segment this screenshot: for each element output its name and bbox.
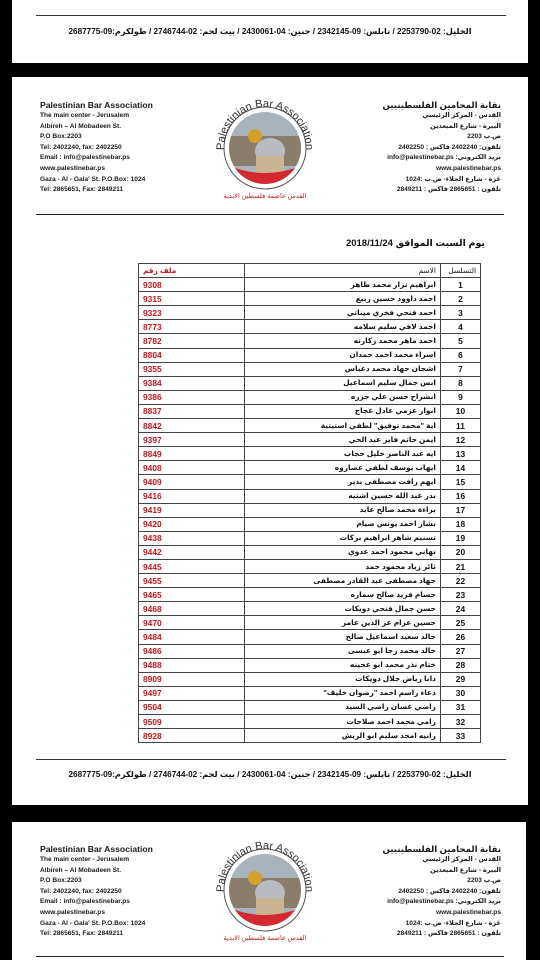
address-line: ص.ب 2203	[382, 132, 501, 143]
org-name-arabic: نقابة المحامين الفلسطينيين	[382, 843, 501, 855]
name-cell: حسن جمال فتحي دويكات	[245, 602, 441, 616]
table-row: 10انوار عزمي عادل عجاج8837	[139, 404, 481, 418]
header-name: الاسم	[245, 264, 441, 278]
name-cell: تهاني محمود احمد عدوي	[245, 545, 441, 559]
header-divider	[36, 956, 504, 957]
address-line: Gaza - Al - Gala' St. P.O.Box: 1024	[40, 175, 153, 186]
address-line: www.palestinebar.ps	[40, 164, 153, 175]
name-cell: بدر عبد الله حسين اشتيه	[245, 489, 441, 503]
file-number-cell: 9323	[139, 306, 245, 320]
file-number-cell: 9484	[139, 630, 245, 644]
serial-cell: 14	[440, 461, 480, 475]
address-line: القدس - المركز الرئيسي	[382, 855, 501, 866]
letterhead-arabic: نقابة المحامين الفلسطينيين القدس - المرك…	[382, 99, 501, 196]
serial-cell: 24	[440, 602, 480, 616]
table-row: 31راضي غسان راضي السيد9504	[139, 700, 481, 714]
logo-caption: القدس عاصمة فلسطين الابدية	[217, 192, 313, 200]
serial-cell: 25	[440, 616, 480, 630]
name-cell: رامي محمد احمد صلاحات	[245, 715, 441, 729]
letterhead-english: Palestinian Bar Association The main cen…	[40, 843, 153, 940]
address-line: Albireh – Al Mobadeen St.	[40, 122, 153, 133]
name-cell: حسام فريد صالح سماره	[245, 588, 441, 602]
file-number-cell: 8849	[139, 447, 245, 461]
address-line: غزة - شارع الجلاء- ص.ب :1024	[382, 175, 501, 186]
address-line: P.O Box:2203	[40, 876, 153, 887]
address-line: غزة - شارع الجلاء- ص.ب :1024	[382, 919, 501, 930]
address-line: www.palestinebar.ps	[382, 908, 501, 919]
address-line: Tel: 2865651, Fax: 2849211	[40, 185, 153, 196]
file-number-cell: 9409	[139, 475, 245, 489]
letterhead-english: Palestinian Bar Association The main cen…	[40, 99, 153, 196]
address-line: البيرة - شارع المبعدين	[382, 866, 501, 877]
address-line: The main center - Jerusalem	[40, 111, 153, 122]
address-line: Tel: 2402240, fax: 2402250	[40, 887, 153, 898]
address-line: بريد الكتروني: info@palestinebar.ps	[382, 153, 501, 164]
file-number-cell: 9509	[139, 715, 245, 729]
table-row: 21ثائر زياد محمود حمد9445	[139, 559, 481, 573]
file-number-cell: 8928	[139, 729, 245, 743]
table-row: 17براءة محمد صالح عابد9419	[139, 503, 481, 517]
address-line: بريد الكتروني: info@palestinebar.ps	[382, 897, 501, 908]
serial-cell: 11	[440, 419, 480, 433]
file-number-cell: 8782	[139, 334, 245, 348]
table-row: 15ايهم رافت مصطفى بدير9409	[139, 475, 481, 489]
name-cell: راضي غسان راضي السيد	[245, 700, 441, 714]
name-cell: بشار احمد يونس صيام	[245, 517, 441, 531]
attendees-table: التسلسل الاسم ملف رقم 1ابراهيم نزار محمد…	[138, 263, 481, 743]
table-row: 7اشجان جهاد محمد دعباس9355	[139, 362, 481, 376]
address-line: تلفون: 2402240 فاكس : 2402250	[382, 143, 501, 154]
file-number-cell: 9397	[139, 433, 245, 447]
name-cell: ختام نذر محمد ابو عجينه	[245, 658, 441, 672]
serial-cell: 19	[440, 531, 480, 545]
name-cell: انشراح حسن علي جزره	[245, 390, 441, 404]
file-number-cell: 9438	[139, 531, 245, 545]
next-page-header: Palestinian Bar Association The main cen…	[12, 822, 526, 960]
name-cell: احمد لافي سليم سلامه	[245, 320, 441, 334]
header-serial: التسلسل	[440, 264, 480, 278]
address-line: www.palestinebar.ps	[40, 908, 153, 919]
name-cell: ايه عبد الناصر خليل حجاب	[245, 447, 441, 461]
name-cell: براءة محمد صالح عابد	[245, 503, 441, 517]
file-number-cell: 9355	[139, 362, 245, 376]
name-cell: خالد محمد رجا ابو عيسى	[245, 644, 441, 658]
serial-cell: 4	[440, 320, 480, 334]
org-name-arabic: نقابة المحامين الفلسطينيين	[382, 99, 501, 111]
bar-association-logo: Palestinian Bar Association	[210, 96, 320, 196]
table-row: 25حسين عزام عز الدين عامر9470	[139, 616, 481, 630]
file-number-cell: 9465	[139, 588, 245, 602]
table-row: 11اية "محمد توفيق" لطفي استيتية8842	[139, 419, 481, 433]
file-number-cell: 9408	[139, 461, 245, 475]
serial-cell: 7	[440, 362, 480, 376]
name-cell: دعاء راسم احمد "رضوان خليف"	[245, 686, 441, 700]
table-row: 24حسن جمال فتحي دويكات9468	[139, 602, 481, 616]
address-line: Tel: 2402240, fax: 2402250	[40, 143, 153, 154]
name-cell: احمد ماهر محمد زكارنه	[245, 334, 441, 348]
file-number-cell: 9442	[139, 545, 245, 559]
name-cell: انوار عزمي عادل عجاج	[245, 404, 441, 418]
file-number-cell: 9504	[139, 700, 245, 714]
header-divider	[36, 214, 504, 215]
name-cell: احمد داوود حسين ربيع	[245, 292, 441, 306]
address-line: Tel: 2865651, Fax: 2849211	[40, 929, 153, 940]
address-line: Email : info@palestinebar.ps	[40, 897, 153, 908]
table-row: 32رامي محمد احمد صلاحات9509	[139, 715, 481, 729]
table-row: 22جهاد مصطفى عبد القادر مصطفى9455	[139, 574, 481, 588]
table-row: 13ايه عبد الناصر خليل حجاب8849	[139, 447, 481, 461]
serial-cell: 21	[440, 559, 480, 573]
address-line: Albireh – Al Mobadeen St.	[40, 866, 153, 877]
table-row: 4احمد لافي سليم سلامه8773	[139, 320, 481, 334]
serial-cell: 28	[440, 658, 480, 672]
file-number-cell: 8842	[139, 419, 245, 433]
serial-cell: 31	[440, 700, 480, 714]
footer-contacts: الخليل: 02-2253790 / نابلس: 09-2342145 /…	[12, 26, 528, 36]
table-row: 9انشراح حسن علي جزره9386	[139, 390, 481, 404]
name-cell: احمد فتحي فخري ميناتي	[245, 306, 441, 320]
address-line: ص.ب 2203	[382, 876, 501, 887]
serial-cell: 30	[440, 686, 480, 700]
table-row: 30دعاء راسم احمد "رضوان خليف"9497	[139, 686, 481, 700]
serial-cell: 17	[440, 503, 480, 517]
address-line: P.O Box:2203	[40, 132, 153, 143]
serial-cell: 5	[440, 334, 480, 348]
name-cell: اية "محمد توفيق" لطفي استيتية	[245, 419, 441, 433]
date-title: يوم السبت الموافق 2018/11/24	[346, 238, 485, 249]
table-header-row: التسلسل الاسم ملف رقم	[139, 264, 481, 278]
file-number-cell: 9455	[139, 574, 245, 588]
file-number-cell: 8909	[139, 672, 245, 686]
serial-cell: 12	[440, 433, 480, 447]
file-number-cell: 9468	[139, 602, 245, 616]
table-row: 6اسراء محمد احمد حمدان8804	[139, 348, 481, 362]
header-file: ملف رقم	[139, 264, 245, 278]
serial-cell: 10	[440, 404, 480, 418]
file-number-cell: 8804	[139, 348, 245, 362]
name-cell: رانيه امجد سليم ابو الريش	[245, 729, 441, 743]
name-cell: جهاد مصطفى عبد القادر مصطفى	[245, 574, 441, 588]
logo-caption: القدس عاصمة فلسطين الابدية	[217, 934, 313, 942]
name-cell: حسين عزام عز الدين عامر	[245, 616, 441, 630]
serial-cell: 9	[440, 390, 480, 404]
file-number-cell: 8837	[139, 404, 245, 418]
table-row: 23حسام فريد صالح سماره9465	[139, 588, 481, 602]
address-line: تلفون: 2402240 فاكس : 2402250	[382, 887, 501, 898]
address-line: The main center - Jerusalem	[40, 855, 153, 866]
file-number-cell: 9470	[139, 616, 245, 630]
file-number-cell: 9488	[139, 658, 245, 672]
table-row: 3احمد فتحي فخري ميناتي9323	[139, 306, 481, 320]
footer-contacts: الخليل: 02-2253790 / نابلس: 09-2342145 /…	[12, 769, 528, 779]
serial-cell: 27	[440, 644, 480, 658]
serial-cell: 8	[440, 376, 480, 390]
table-row: 29دانا رياض جلال دويكات8909	[139, 672, 481, 686]
address-line: Email : info@palestinebar.ps	[40, 153, 153, 164]
table-row: 8انس جمال سليم اسماعيل9384	[139, 376, 481, 390]
file-number-cell: 9497	[139, 686, 245, 700]
serial-cell: 33	[440, 729, 480, 743]
table-row: 16بدر عبد الله حسين اشتيه9416	[139, 489, 481, 503]
name-cell: ايهم رافت مصطفى بدير	[245, 475, 441, 489]
file-number-cell: 9308	[139, 278, 245, 292]
file-number-cell: 8773	[139, 320, 245, 334]
name-cell: اسراء محمد احمد حمدان	[245, 348, 441, 362]
table-row: 26خالد سعيد اسماعيل صالح9484	[139, 630, 481, 644]
org-name-english: Palestinian Bar Association	[40, 99, 153, 111]
footer-divider	[36, 15, 506, 16]
previous-page-footer: الخليل: 02-2253790 / نابلس: 09-2342145 /…	[12, 0, 528, 63]
serial-cell: 1	[440, 278, 480, 292]
table-row: 27خالد محمد رجا ابو عيسى9486	[139, 644, 481, 658]
serial-cell: 15	[440, 475, 480, 489]
serial-cell: 13	[440, 447, 480, 461]
table-row: 12ايمن حاتم فايز عبد الحي9397	[139, 433, 481, 447]
name-cell: ابراهيم نزار محمد ظاهر	[245, 278, 441, 292]
address-line: Gaza - Al - Gala' St. P.O.Box: 1024	[40, 919, 153, 930]
footer-divider	[36, 759, 506, 760]
table-row: 2احمد داوود حسين ربيع9315	[139, 292, 481, 306]
letterhead-arabic: نقابة المحامين الفلسطينيين القدس - المرك…	[382, 843, 501, 940]
name-cell: ثائر زياد محمود حمد	[245, 559, 441, 573]
file-number-cell: 9420	[139, 517, 245, 531]
file-number-cell: 9419	[139, 503, 245, 517]
name-cell: ايهاب يوسف لطفي عصاروه	[245, 461, 441, 475]
serial-cell: 20	[440, 545, 480, 559]
file-number-cell: 9386	[139, 390, 245, 404]
file-number-cell: 9315	[139, 292, 245, 306]
name-cell: خالد سعيد اسماعيل صالح	[245, 630, 441, 644]
address-line: www.palestinebar.ps	[382, 164, 501, 175]
serial-cell: 2	[440, 292, 480, 306]
table-row: 18بشار احمد يونس صيام9420	[139, 517, 481, 531]
table-row: 5احمد ماهر محمد زكارنه8782	[139, 334, 481, 348]
name-cell: انس جمال سليم اسماعيل	[245, 376, 441, 390]
serial-cell: 16	[440, 489, 480, 503]
table-row: 28ختام نذر محمد ابو عجينه9488	[139, 658, 481, 672]
name-cell: اشجان جهاد محمد دعباس	[245, 362, 441, 376]
serial-cell: 3	[440, 306, 480, 320]
name-cell: دانا رياض جلال دويكات	[245, 672, 441, 686]
serial-cell: 18	[440, 517, 480, 531]
table-row: 33رانيه امجد سليم ابو الريش8928	[139, 729, 481, 743]
table-row: 19تسنيم شاهر ابراهيم بركات9438	[139, 531, 481, 545]
table-row: 1ابراهيم نزار محمد ظاهر9308	[139, 278, 481, 292]
bar-association-logo: Palestinian Bar Association	[210, 838, 320, 938]
serial-cell: 32	[440, 715, 480, 729]
org-name-english: Palestinian Bar Association	[40, 843, 153, 855]
file-number-cell: 9445	[139, 559, 245, 573]
address-line: القدس - المركز الرئيسي	[382, 111, 501, 122]
serial-cell: 22	[440, 574, 480, 588]
address-line: تلفون : 2865651 فاكس : 2849211	[382, 185, 501, 196]
address-line: البيرة - شارع المبعدين	[382, 122, 501, 133]
address-line: تلفون : 2865651 فاكس : 2849211	[382, 929, 501, 940]
file-number-cell: 9384	[139, 376, 245, 390]
serial-cell: 26	[440, 630, 480, 644]
document-page: Palestinian Bar Association The main cen…	[12, 77, 528, 805]
serial-cell: 29	[440, 672, 480, 686]
file-number-cell: 9416	[139, 489, 245, 503]
table-row: 20تهاني محمود احمد عدوي9442	[139, 545, 481, 559]
table-row: 14ايهاب يوسف لطفي عصاروه9408	[139, 461, 481, 475]
name-cell: ايمن حاتم فايز عبد الحي	[245, 433, 441, 447]
serial-cell: 6	[440, 348, 480, 362]
file-number-cell: 9486	[139, 644, 245, 658]
serial-cell: 23	[440, 588, 480, 602]
name-cell: تسنيم شاهر ابراهيم بركات	[245, 531, 441, 545]
